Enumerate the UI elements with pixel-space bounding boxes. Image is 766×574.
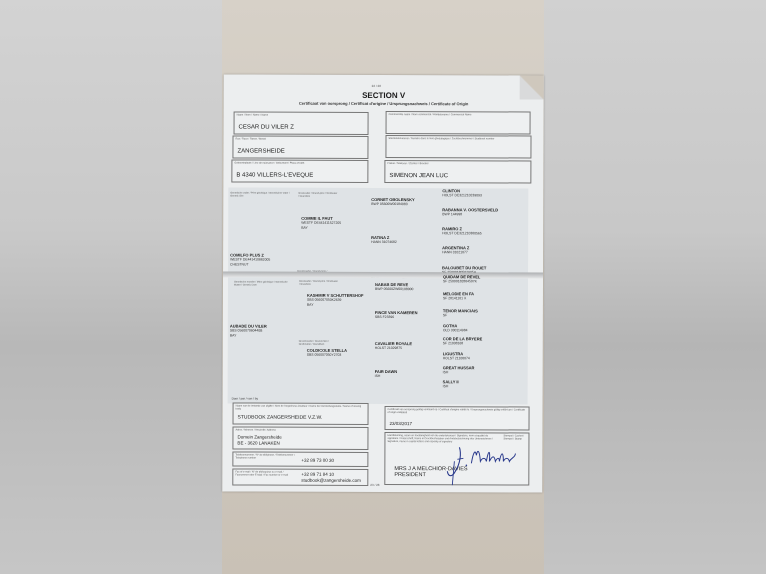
grandsire-label: Grootvader / Grand-père / Großvater / Gr… [298,192,338,198]
breeder-value: SIMENON JEAN LUC [389,173,448,179]
sire-label: Genetische vader / Père génétique / Gene… [230,191,290,197]
dam-label: Genetische moeder / Mère génétique / Gen… [234,280,294,286]
issuer-section-label: Door / par / von / by [232,396,258,400]
gg-grandparent-2: RABANNA V. OOSTERSVELD BWP 144998 [442,207,498,217]
gg-grandparent-1: CLINTON HOLST DE321210239093 [442,188,482,198]
certificate-page: 22 / 28 SECTION V Certificaat van oorspr… [222,74,543,492]
signature-field: Handtekening, naam en hoedanigheid van d… [384,432,529,486]
great-grandparent-2: RATINA Z HANN 31074682 [371,235,397,245]
great-grandparent-1: CORNET OBOLENSKY BWP 05600W00184083 [371,197,414,207]
breed-value: ZANGERSHEIDE [237,148,284,154]
gg-grandparent-9: QUIDAM DE REVEL SF 25000182804507K [443,274,480,284]
grandparent-4: COLDICOLE STELLA SBS 056007050Y2703 [307,348,347,358]
dam: AUBADE DU VILER SBS 056007060440B BAY [230,323,267,338]
blurred-background-left [0,0,222,574]
gg-grandparent-12: GOTHA OLD 330114984 [443,323,468,333]
horse-name: CESAR DU VILER Z [239,124,294,130]
section-subtitle: Certificaat van oorsprong / Certificat d… [224,100,544,106]
birthplace-value: B 4340 VILLERS-L'EVEQUE [236,172,313,178]
validation-date-field: Certificaat van oorsprong geldig verklaa… [384,406,529,431]
grandparent-1: COMME IL FAUT WESTF DE441411527205 BAY [301,216,341,231]
issuer-org-field: Naam van de instantie van afgifte / Nom … [233,402,369,424]
issuer-phone-field: Telefoonnummer / N° de téléphone / Telef… [232,451,368,466]
issuer-address-field: Adres / Adresse / Anschrift / Address Do… [232,426,368,449]
gg-grandparent-10: MELODIE EN FA SF 28141101 X [443,291,474,301]
blurred-background-right [544,0,766,574]
gg-grandparent-14: LIGUSTRA HOLST 21100074 [443,351,470,361]
signature-icon [445,441,527,485]
page-number-top: 22 / 28 [372,84,381,88]
great-grandparent-7: CAVALIER ROYALE HOLST 21029875 [375,341,412,351]
name-field: Naam / Nom / Name / Name CESAR DU VILER … [234,111,369,134]
issuer-fax-email-field: Fax of e-mail / N° de télécopieur ou e-m… [232,468,368,485]
breed-field: Ras / Race / Rasse / Breed ZANGERSHEIDE [232,135,368,158]
gg-grandparent-4: ARGENTINA Z HANN 31021077 [442,245,469,255]
pedigree-table-dam-side: Genetische moeder / Mère génétique / Gen… [232,277,527,392]
page-number-bottom: 23 / 28 [370,483,379,487]
gg-grandparent-13: COR DE LA BRYERE SF 21038168 [443,336,483,346]
breeder-field: Fokker / Naisseur / Züchter / Breeder SI… [384,160,531,184]
gg-grandparent-16: SALLY II ISH [443,379,459,389]
grandparent-3: KASHMIR V SCHUTTERSHOF SBS 056007050K263… [307,293,364,308]
great-grandparent-8: FAIR DAWN ISH [375,369,397,379]
great-grandparent-6: FINCE VAN KAMEREN SBS F23396 [375,310,418,320]
gg-grandparent-15: GREAT HUSSAR ISH [443,365,475,375]
commercial-name-field: Commerciële naam / Nom commercial / Hand… [386,111,531,135]
validation-date: 23/03/2017 [390,421,413,426]
gg-grandparent-11: TENOR MANCIAIS SF [443,308,478,318]
section-title: SECTION V [224,90,544,100]
gg-grandparent-3: RAMIRO Z HOLST DE321210300565 [442,226,482,236]
issuer-org-value: STUDBOOK ZANGERSHEIDE V.Z.W. [238,414,323,420]
great-grandparent-5: NABAB DE REVE BWP 05600ZW00108000 [375,282,413,292]
birthplace-field: Geboorteplaats / Lieu de naissance / Geb… [231,159,368,182]
studbook-number-field: Stamboeknummer / Numéro dans le livre gé… [385,135,531,159]
sire: COMILFO PLUS Z WESTF DE441410882005 CHES… [230,252,270,267]
